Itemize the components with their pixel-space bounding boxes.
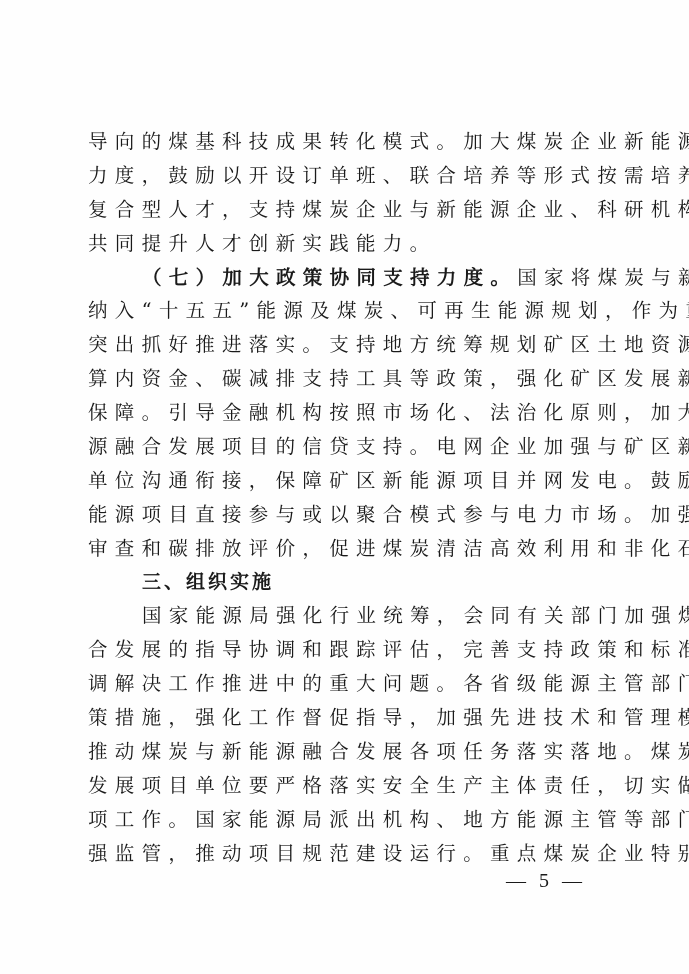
text-line: 复合型人才，支持煤炭企业与新能源企业、科研机构加强交流沟通， — [88, 193, 602, 227]
paragraph-organization: 国家能源局强化行业统筹，会同有关部门加强煤炭与新能源融 合发展的指导协调和跟踪评… — [88, 599, 602, 870]
text-line: （七）加大政策协同支持力度。国家将煤炭与新能源融合发展 — [88, 261, 602, 295]
text-line: 调解决工作推进中的重大问题。各省级能源主管部门要细化完善政 — [88, 667, 602, 701]
text-line: 推动煤炭与新能源融合发展各项任务落实落地。煤炭与新能源融合 — [88, 735, 602, 769]
text-line: 单位沟通衔接，保障矿区新能源项目并网发电。鼓励矿区分布式新 — [88, 464, 602, 498]
text-line: 导向的煤基科技成果转化模式。加大煤炭企业新能源领域人才培养 — [88, 125, 602, 159]
text-line: 强监管，推动项目规范建设运行。重点煤炭企业特别是煤炭高质量 — [88, 837, 602, 871]
text-line: 审查和碳排放评价，促进煤炭清洁高效利用和非化石能源替代。 — [88, 532, 602, 566]
text-line: 算内资金、碳减排支持工具等政策，强化矿区发展新能源产业要素 — [88, 362, 602, 396]
text-line: 力度，鼓励以开设订单班、联合培养等形式按需培养一批专业型、 — [88, 159, 602, 193]
paragraph-continuation: 导向的煤基科技成果转化模式。加大煤炭企业新能源领域人才培养 力度，鼓励以开设订单… — [88, 125, 602, 261]
section-heading: 三、组织实施 — [88, 566, 602, 600]
page-number: — 5 — — [506, 870, 586, 893]
text-line: 合发展的指导协调和跟踪评估，完善支持政策和标准体系，研究协 — [88, 633, 602, 667]
body-text: 导向的煤基科技成果转化模式。加大煤炭企业新能源领域人才培养 力度，鼓励以开设订单… — [88, 125, 602, 871]
text-line: 保障。引导金融机构按照市场化、法治化原则，加大对煤炭与新能 — [88, 396, 602, 430]
text-line: 突出抓好推进落实。支持地方统筹规划矿区土地资源，用好中央预 — [88, 328, 602, 362]
text-line: 策措施，强化工作督促指导，加强先进技术和管理模式交流互鉴， — [88, 701, 602, 735]
paragraph-item-7: （七）加大政策协同支持力度。国家将煤炭与新能源融合发展 纳入“十五五”能源及煤炭… — [88, 261, 602, 566]
item-lead: （七）加大政策协同支持力度。 — [142, 266, 517, 289]
text-line: 源融合发展项目的信贷支持。电网企业加强与矿区新能源项目建设 — [88, 430, 602, 464]
text-line: 国家能源局强化行业统筹，会同有关部门加强煤炭与新能源融 — [88, 599, 602, 633]
item-text: 国家将煤炭与新能源融合发展 — [517, 266, 689, 289]
text-line: 能源项目直接参与或以聚合模式参与电力市场。加强新上项目节能 — [88, 498, 602, 532]
text-line: 共同提升人才创新实践能力。 — [88, 227, 602, 261]
text-line: 项工作。国家能源局派出机构、地方能源主管等部门要依据职责加 — [88, 803, 602, 837]
text-line: 纳入“十五五”能源及煤炭、可再生能源规划，作为重点任务举措 — [88, 294, 602, 328]
document-page: 导向的煤基科技成果转化模式。加大煤炭企业新能源领域人才培养 力度，鼓励以开设订单… — [0, 0, 689, 974]
text-line: 发展项目单位要严格落实安全生产主体责任，切实做好安全生产各 — [88, 769, 602, 803]
